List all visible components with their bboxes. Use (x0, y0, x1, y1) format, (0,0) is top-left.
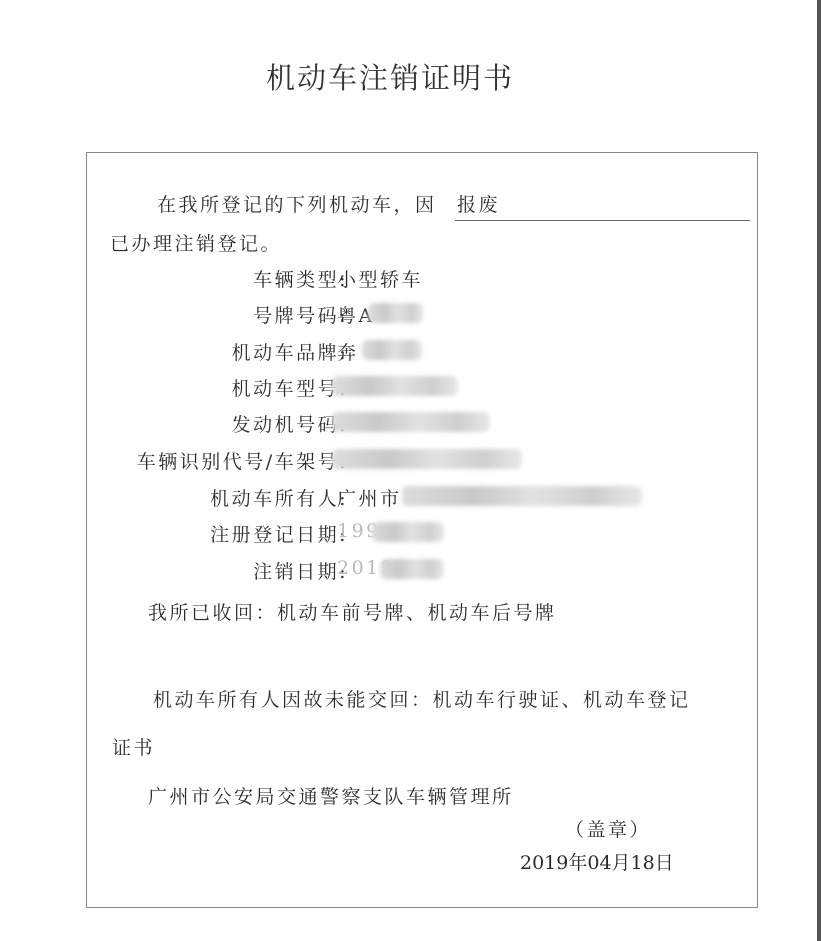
field-label-plate-number: 号牌号码: (253, 301, 348, 328)
redacted-cancel-date (380, 559, 444, 579)
field-label-engine-number: 发动机号码: (232, 410, 348, 437)
issuing-authority: 广州市公安局交通警察支队车辆管理所 (148, 782, 514, 809)
not-returned-line1: 机动车所有人因故未能交回：机动车行驶证、机动车登记 (153, 685, 691, 712)
field-label-vehicle-type: 车辆类型: (253, 265, 348, 292)
document-title: 机动车注销证明书 (0, 56, 780, 97)
seal-note: （盖章） (565, 815, 651, 842)
field-label-vin: 车辆识别代号/车架号: (137, 447, 348, 474)
intro-line2: 已办理注销登记。 (110, 229, 282, 256)
field-value-vehicle-type: 小型轿车 (337, 265, 423, 292)
field-label-brand: 机动车品牌: (232, 338, 348, 365)
field-label-registration-date: 注册登记日期: (210, 520, 348, 547)
field-value-brand: 奔 (337, 338, 359, 365)
field-value-owner: 广州市 (337, 484, 402, 511)
redacted-owner (402, 486, 642, 506)
redacted-engine-number (332, 412, 490, 432)
field-label-model: 机动车型号: (232, 374, 348, 401)
page-edge (817, 0, 821, 941)
cancel-reason: 报废 (457, 190, 500, 217)
intro-line1: 在我所登记的下列机动车，因 (157, 190, 437, 217)
field-label-cancel-date: 注销日期: (253, 557, 348, 584)
reason-underline (455, 220, 750, 221)
issue-date: 2019年04月18日 (520, 848, 674, 875)
not-returned-line2: 证书 (112, 733, 155, 760)
collected-items: 我所已收回：机动车前号牌、机动车后号牌 (148, 598, 557, 625)
redacted-model (332, 376, 458, 396)
redacted-registration-date (372, 522, 444, 542)
redacted-brand (362, 340, 422, 360)
redacted-vin (332, 449, 522, 469)
redacted-plate-number (368, 303, 423, 323)
field-label-owner: 机动车所有人: (210, 484, 348, 511)
